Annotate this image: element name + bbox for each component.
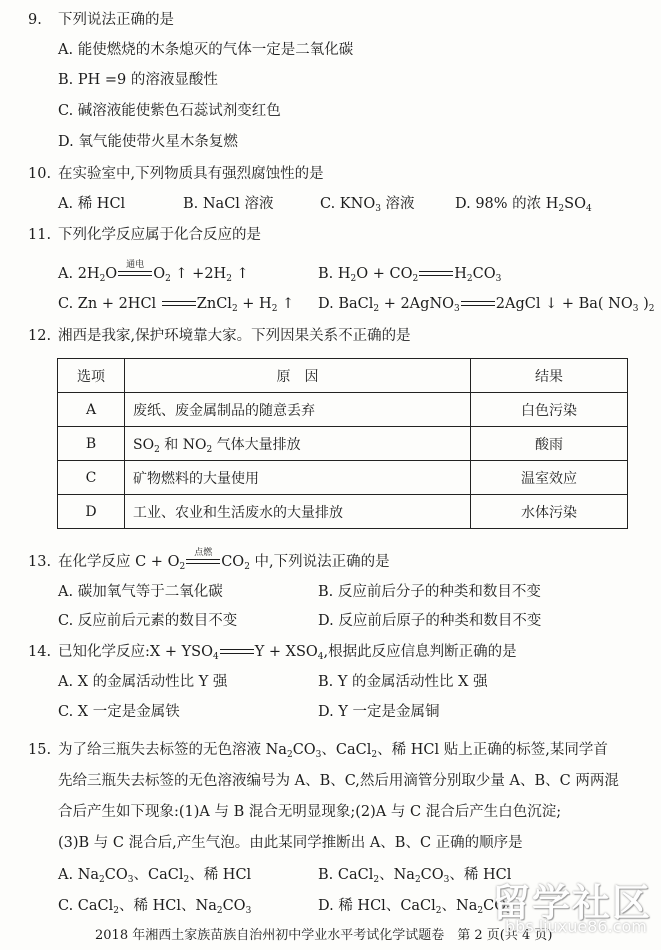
q13-option-c: C. 反应前后元素的数目不变 <box>58 611 237 631</box>
header-result: 结果 <box>471 359 628 393</box>
cause-effect-table: 选项 原 因 结果 A 废纸、废金属制品的随意丢弃 白色污染 B SO2 和 N… <box>57 358 628 529</box>
table-row: C 矿物燃料的大量使用 温室效应 <box>58 461 628 495</box>
q13-option-a: A. 碳加氧气等于二氧化碳 <box>58 582 223 602</box>
table-row: B SO2 和 NO2 气体大量排放 酸雨 <box>58 427 628 461</box>
header-cause: 原 因 <box>125 359 471 393</box>
q11-option-a: A. 2H2O通电O2 ↑ +2H2 ↑ <box>58 264 249 284</box>
q14-option-c: C. X 一定是金属铁 <box>58 702 180 722</box>
q11-option-b: B. H2O + CO2H2CO3 <box>318 264 501 284</box>
question-15-stem-line-1: 15.为了给三瓶失去标签的无色溶液 Na2CO3、CaCl2、稀 HCl 贴上正… <box>28 740 608 760</box>
reaction-arrow <box>220 647 254 657</box>
q11-option-d: D. BaCl2 + 2AgNO32AgCl ↓ + Ba( NO3 )2 <box>318 294 654 314</box>
question-15-stem-line-3: 合后产生如下现象:(1)A 与 B 混合无明显现象;(2)A 与 C 混合后产生… <box>58 802 561 822</box>
q15-option-c: C. CaCl2、稀 HCl、Na2CO3 <box>58 896 251 916</box>
q14-option-d: D. Y 一定是金属铜 <box>318 702 440 722</box>
q10-option-b: B. NaCl 溶液 <box>183 194 274 214</box>
q15-option-d: D. 稀 HCl、CaCl2、Na2CO3 <box>318 896 512 916</box>
reaction-arrow <box>419 269 453 279</box>
q14-option-a: A. X 的金属活动性比 Y 强 <box>58 672 227 692</box>
question-13-stem: 13.在化学反应 C + O2点燃CO2 中,下列说法正确的是 <box>28 552 390 572</box>
question-15-stem-line-4: (3)B 与 C 混合后,产生气泡。由此某同学推断出 A、B、C 正确的顺序是 <box>58 833 523 853</box>
q15-option-b: B. CaCl2、Na2CO3、稀 HCl <box>318 865 511 885</box>
table-row: D 工业、农业和生活废水的大量排放 水体污染 <box>58 495 628 529</box>
q13-option-d: D. 反应前后原子的种类和数目不变 <box>318 611 541 631</box>
q15-option-a: A. Na2CO3、CaCl2、稀 HCl <box>58 865 251 885</box>
question-12-stem: 12.湘西是我家,保护环境靠大家。下列因果关系不正确的是 <box>28 326 411 346</box>
q10-option-c: C. KNO3 溶液 <box>320 194 415 214</box>
table-row: A 废纸、废金属制品的随意丢弃 白色污染 <box>58 393 628 427</box>
reaction-arrow: 通电 <box>118 269 152 279</box>
header-option: 选项 <box>58 359 125 393</box>
q9-option-d: D. 氧气能使带火星木条复燃 <box>58 132 238 152</box>
reaction-arrow: 点燃 <box>186 557 220 567</box>
q10-option-d: D. 98% 的浓 H2SO4 <box>455 194 592 214</box>
q9-option-a: A. 能使燃烧的木条熄灭的气体一定是二氧化碳 <box>58 40 353 60</box>
reaction-arrow <box>461 299 495 309</box>
q13-option-b: B. 反应前后分子的种类和数目不变 <box>318 582 541 602</box>
table-header-row: 选项 原 因 结果 <box>58 359 628 393</box>
question-10-stem: 10.在实验室中,下列物质具有强烈腐蚀性的是 <box>28 164 324 184</box>
question-14-stem: 14.已知化学反应:X + YSO4Y + XSO4,根据此反应信息判断正确的是 <box>28 642 517 662</box>
question-9-stem: 9.下列说法正确的是 <box>28 10 174 30</box>
q9-option-b: B. PH =9 的溶液显酸性 <box>58 70 218 90</box>
watermark-url: bbs.liuxue86.com <box>505 917 647 936</box>
q10-option-a: A. 稀 HCl <box>58 194 125 214</box>
question-15-stem-line-2: 先给三瓶失去标签的无色溶液编号为 A、B、C,然后用滴管分别取少量 A、B、C … <box>58 771 619 791</box>
q11-option-c: C. Zn + 2HCl ZnCl2 + H2 ↑ <box>58 294 294 314</box>
page-footer: 2018 年湘西土家族苗族自治州初中学业水平考试化学试题卷 第 2 页(共 4 … <box>95 926 552 946</box>
q9-option-c: C. 碱溶液能使紫色石蕊试剂变红色 <box>58 101 281 121</box>
question-11-stem: 11.下列化学反应属于化合反应的是 <box>28 225 261 245</box>
reaction-arrow <box>162 299 196 309</box>
q14-option-b: B. Y 的金属活动性比 X 强 <box>318 672 488 692</box>
